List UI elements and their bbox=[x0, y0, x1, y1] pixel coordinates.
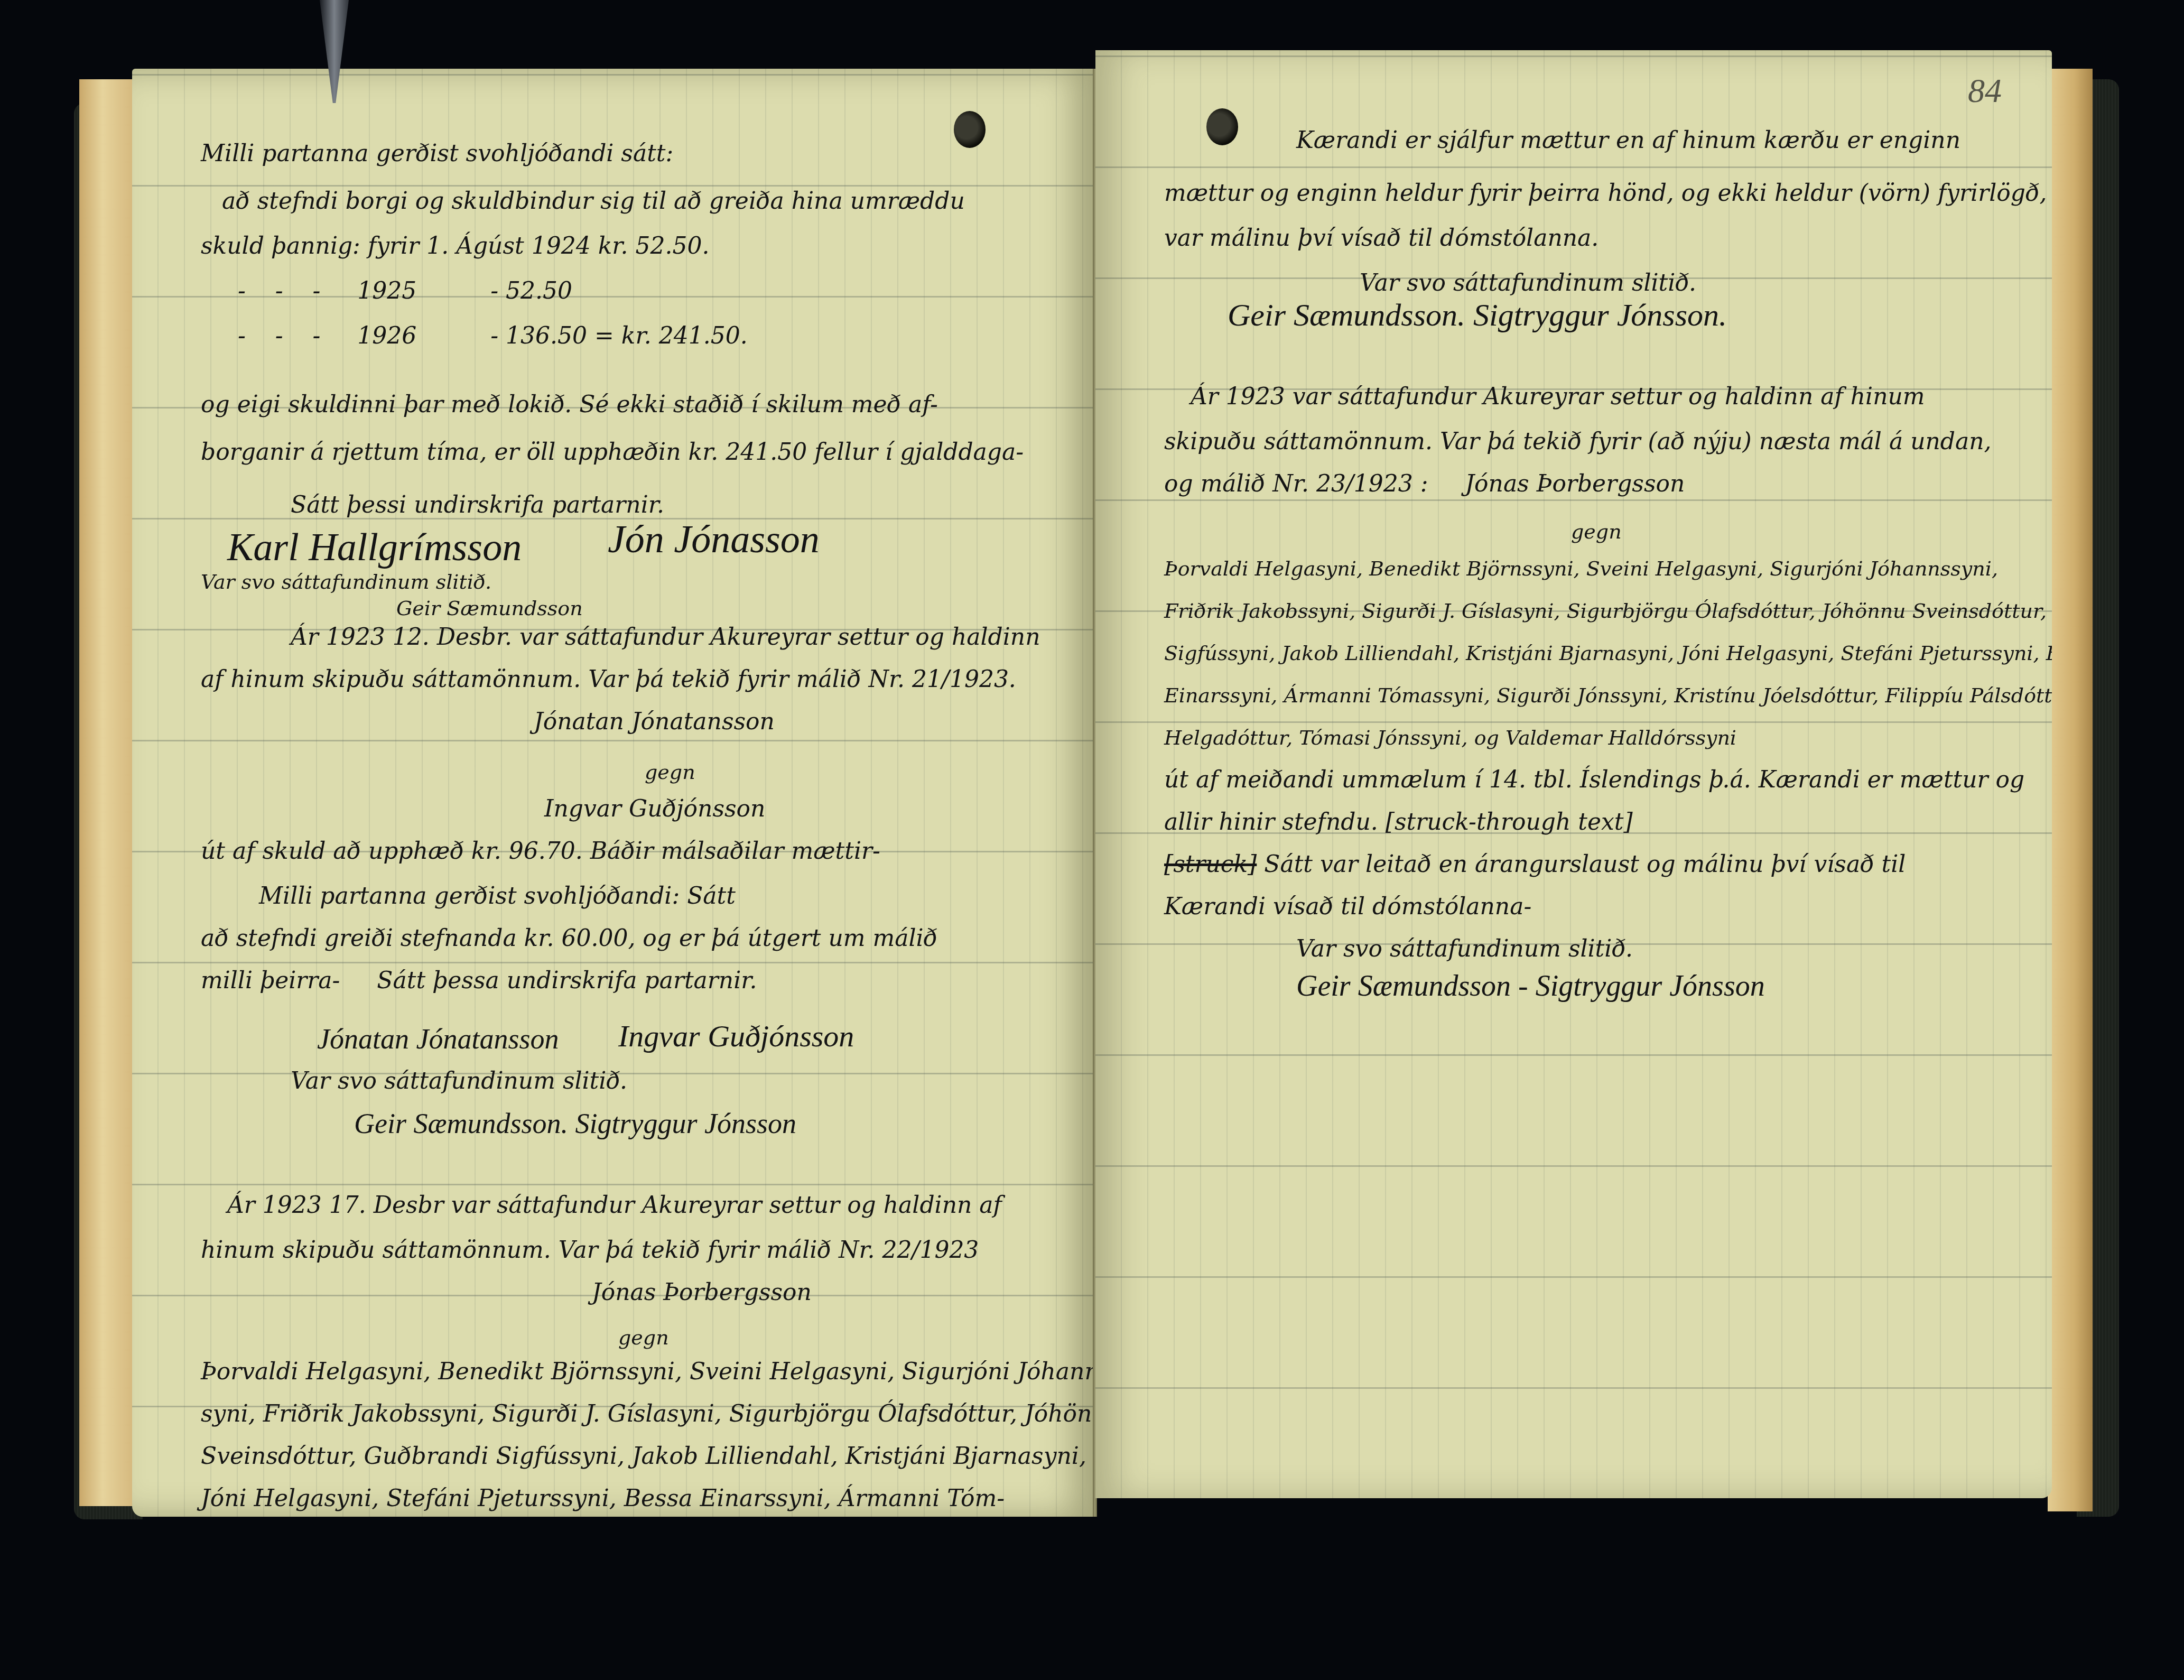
plaintiff: Jónas Þorbergsson bbox=[592, 1274, 812, 1312]
defendant-line: Helgadóttur, Tómasi Jónssyni, og Valdema… bbox=[1164, 719, 1736, 757]
text-line: skuld þannig: fyrir 1. Ágúst 1924 kr. 52… bbox=[201, 227, 709, 265]
entry-line: skipuðu sáttamönnum. Var þá tekið fyrir … bbox=[1164, 423, 1992, 461]
entry-line: af hinum skipuðu sáttamönnum. Var þá tek… bbox=[201, 661, 1016, 699]
signature: Ingvar Guðjónsson bbox=[618, 1017, 854, 1055]
signature: Jón Jónasson bbox=[608, 521, 820, 559]
settlement-line: að stefndi greiði stefnanda kr. 60.00, o… bbox=[201, 920, 937, 958]
mediator-signatures: Geir Sæmundsson. Sigtryggur Jónsson bbox=[354, 1104, 796, 1143]
entry-line: hinum skipuðu sáttamönnum. Var þá tekið … bbox=[201, 1231, 979, 1269]
struck-text: [struck] bbox=[1164, 851, 1257, 878]
right-page: 84 Kærandi er sjálfur mættur en af hinum… bbox=[1095, 50, 2052, 1498]
text-line: borganir á rjettum tíma, er öll upphæðin… bbox=[201, 433, 1024, 471]
defendant-line: Sigfússyni, Jakob Lilliendahl, Kristjáni… bbox=[1164, 634, 2052, 672]
defendant-line: Sveinsdóttur, Guðbrandi Sigfússyni, Jako… bbox=[201, 1437, 1086, 1475]
text-line: og eigi skuldinni þar með lokið. Sé ekki… bbox=[201, 386, 938, 424]
plaintiff: Jónatan Jónatansson bbox=[534, 703, 775, 741]
page-edges-right bbox=[2048, 69, 2093, 1511]
mediator-signatures: Geir Sæmundsson. Sigtryggur Jónsson. bbox=[1228, 296, 1727, 334]
left-page: Milli partanna gerðist svohljóðandi sátt… bbox=[132, 69, 1095, 1517]
versus: gegn bbox=[618, 1319, 669, 1357]
entry-opening: Ár 1923 17. Desbr var sáttafundur Akurey… bbox=[227, 1186, 1002, 1224]
signature: Karl Hallgrímsson bbox=[227, 528, 522, 567]
claim-line: allir hinir stefndu. [struck-through tex… bbox=[1164, 803, 1633, 841]
entry-opening: Ár 1923 var sáttafundur Akureyrar settur… bbox=[1191, 378, 1925, 416]
punch-hole bbox=[1206, 108, 1238, 145]
defendant-line: Friðrik Jakobssyni, Sigurði J. Gíslasyni… bbox=[1164, 592, 2052, 630]
claim-line: út af meiðandi ummælum í 14. tbl. Íslend… bbox=[1164, 761, 2024, 799]
defendant-line: Þorvaldi Helgasyni, Benedikt Björnssyni,… bbox=[1164, 550, 1998, 588]
defendant: Ingvar Guðjónsson bbox=[544, 790, 765, 828]
claim-text: allir hinir stefndu. [struck-through tex… bbox=[1164, 809, 1633, 836]
text-line: að stefndi borgi og skuldbindur sig til … bbox=[222, 182, 965, 220]
defendant-line: Jóni Helgasyni, Stefáni Pjeturssyni, Bes… bbox=[201, 1480, 1005, 1517]
text-line: - - - 1926 - 136.50 = kr. 241.50. bbox=[201, 317, 748, 355]
claim-line: Kærandi vísað til dómstólanna- bbox=[1164, 888, 1531, 926]
punch-hole bbox=[954, 111, 986, 148]
text-line: var málinu því vísað til dómstólanna. bbox=[1164, 219, 1598, 257]
text-line: - - - 1925 - 52.50 bbox=[201, 272, 572, 310]
claim-text: Sátt var leitað en árangurslaust og máli… bbox=[1264, 851, 1906, 878]
text-line: Milli partanna gerðist svohljóðandi sátt… bbox=[201, 135, 673, 173]
claim-line: [struck] Sátt var leitað en árangurslaus… bbox=[1164, 846, 1906, 884]
versus: gegn bbox=[645, 753, 695, 791]
closing-line: Var svo sáttafundinum slitið. bbox=[291, 1062, 627, 1100]
mediator-signatures: Geir Sæmundsson - Sigtryggur Jónsson bbox=[1296, 967, 1765, 1005]
page-number: 84 bbox=[1968, 71, 2002, 110]
claim-line: út af skuld að upphæð kr. 96.70. Báðir m… bbox=[201, 832, 880, 870]
closing-line: Var svo sáttafundinum slitið. bbox=[1296, 930, 1633, 968]
settlement-line: Milli partanna gerðist svohljóðandi: Sát… bbox=[259, 877, 736, 915]
entry-opening: Ár 1923 12. Desbr. var sáttafundur Akure… bbox=[291, 618, 1040, 656]
text-line: Kærandi er sjálfur mættur en af hinum kæ… bbox=[1296, 122, 1960, 160]
defendant-line: Einarssyni, Ármanni Tómassyni, Sigurði J… bbox=[1164, 676, 2052, 714]
entry-line: og málið Nr. 23/1923 : Jónas Þorbergsson bbox=[1164, 465, 1685, 503]
versus: gegn bbox=[1571, 513, 1622, 551]
settlement-line: milli þeirra- Sátt þessa undirskrifa par… bbox=[201, 962, 757, 1000]
defendant-line: syni, Friðrik Jakobssyni, Sigurði J. Gís… bbox=[201, 1395, 1095, 1433]
text-line: mættur og enginn heldur fyrir þeirra hön… bbox=[1164, 174, 2052, 212]
defendant-line: Þorvaldi Helgasyni, Benedikt Björnssyni,… bbox=[201, 1353, 1095, 1391]
page-edges-left bbox=[79, 79, 137, 1506]
signature: Jónatan Jónatansson bbox=[317, 1020, 559, 1058]
